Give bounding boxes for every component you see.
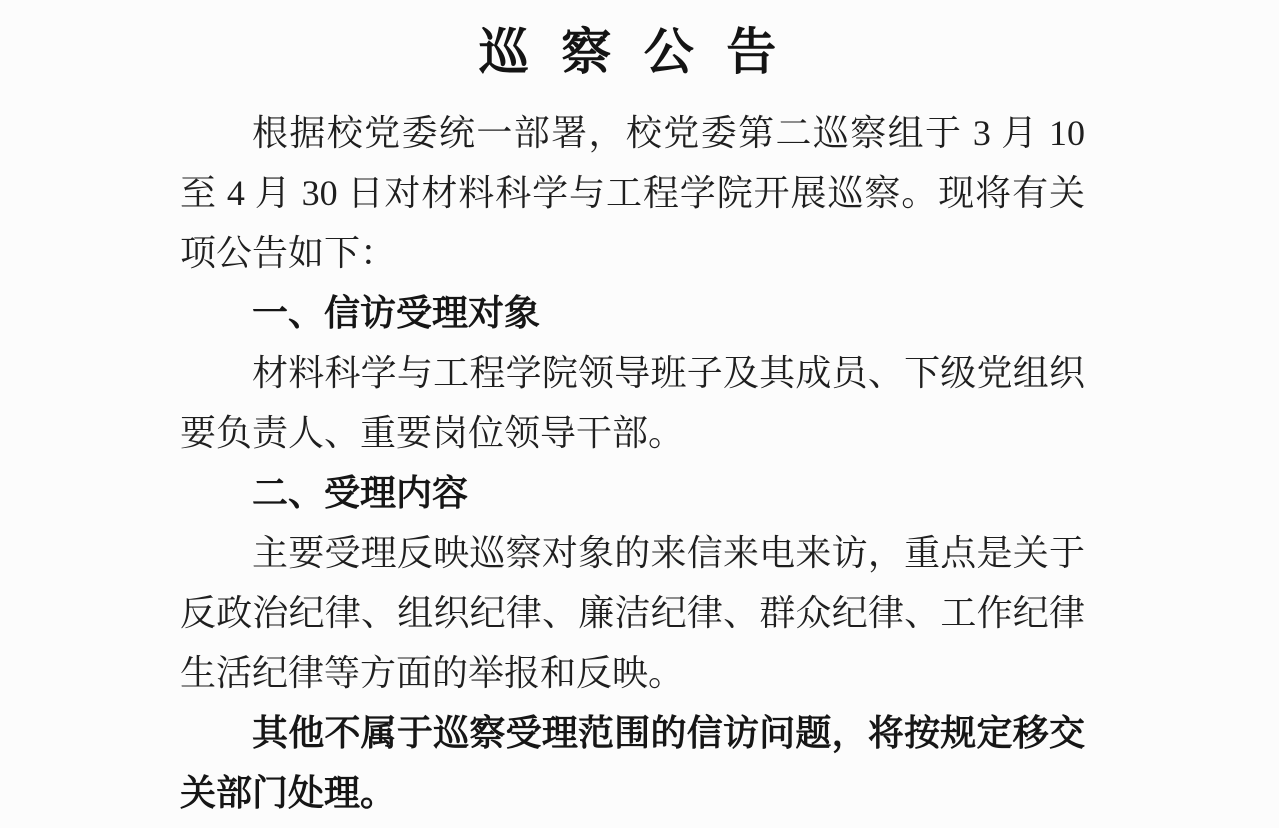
document-title: 巡 察 公 告 — [180, 20, 1085, 84]
document-page: 巡 察 公 告 根据校党委统一部署，校党委第二巡察组于 3 月 10 日 至 4… — [0, 0, 1279, 828]
paragraph4-line1: 其他不属于巡察受理范围的信访问题，将按规定移交有 — [180, 703, 1085, 763]
announcement-document: 巡 察 公 告 根据校党委统一部署，校党委第二巡察组于 3 月 10 日 至 4… — [180, 20, 1085, 823]
paragraph3-line3: 生活纪律等方面的举报和反映。 — [180, 643, 1085, 703]
paragraph3-line2: 反政治纪律、组织纪律、廉洁纪律、群众纪律、工作纪律和 — [180, 583, 1085, 643]
document-body: 根据校党委统一部署，校党委第二巡察组于 3 月 10 日 至 4 月 30 日对… — [180, 103, 1085, 823]
paragraph4-line2: 关部门处理。 — [180, 763, 1085, 823]
section1-heading: 一、信访受理对象 — [180, 283, 1085, 343]
paragraph2-line2: 要负责人、重要岗位领导干部。 — [180, 403, 1085, 463]
section2-heading: 二、受理内容 — [180, 463, 1085, 523]
paragraph3-line1: 主要受理反映巡察对象的来信来电来访，重点是关于违 — [180, 523, 1085, 583]
paragraph1-line3: 项公告如下： — [180, 223, 1085, 283]
paragraph2-line1: 材料科学与工程学院领导班子及其成员、下级党组织主 — [180, 343, 1085, 403]
paragraph1-line1: 根据校党委统一部署，校党委第二巡察组于 3 月 10 日 — [180, 103, 1085, 163]
paragraph1-line2: 至 4 月 30 日对材料科学与工程学院开展巡察。现将有关事 — [180, 163, 1085, 223]
